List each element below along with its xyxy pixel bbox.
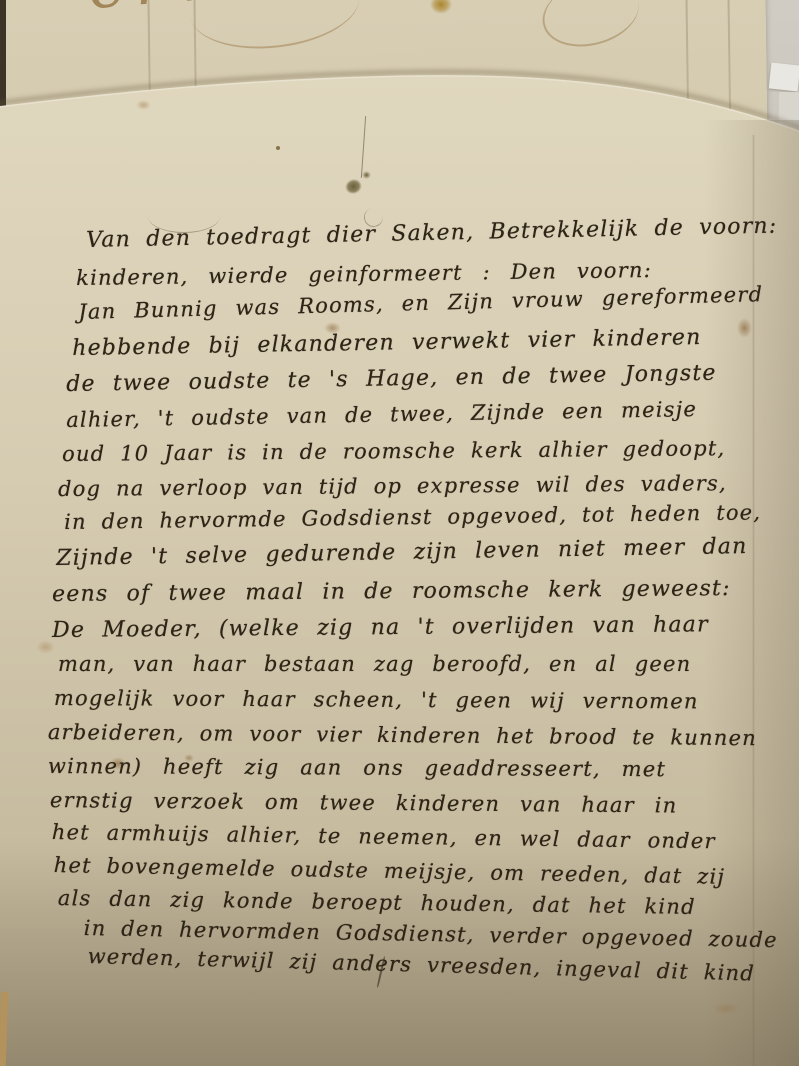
ink-stain: [362, 171, 371, 179]
manuscript-line: mogelijk voor haar scheen, 't geen wij v…: [54, 686, 699, 713]
foxing-stain: [712, 1002, 740, 1015]
manuscript-line: man, van haar bestaan zag beroofd, en al…: [58, 652, 691, 676]
foxing-stain: [737, 318, 752, 338]
fold-crease: [752, 135, 755, 1066]
ink-stain: [276, 146, 280, 150]
manuscript-line: winnen) heeft zig aan ons geaddresseert,…: [48, 754, 666, 781]
manuscript-photo: erwaarde Heere Van de: [0, 0, 799, 1066]
foxing-stain: [136, 100, 151, 110]
